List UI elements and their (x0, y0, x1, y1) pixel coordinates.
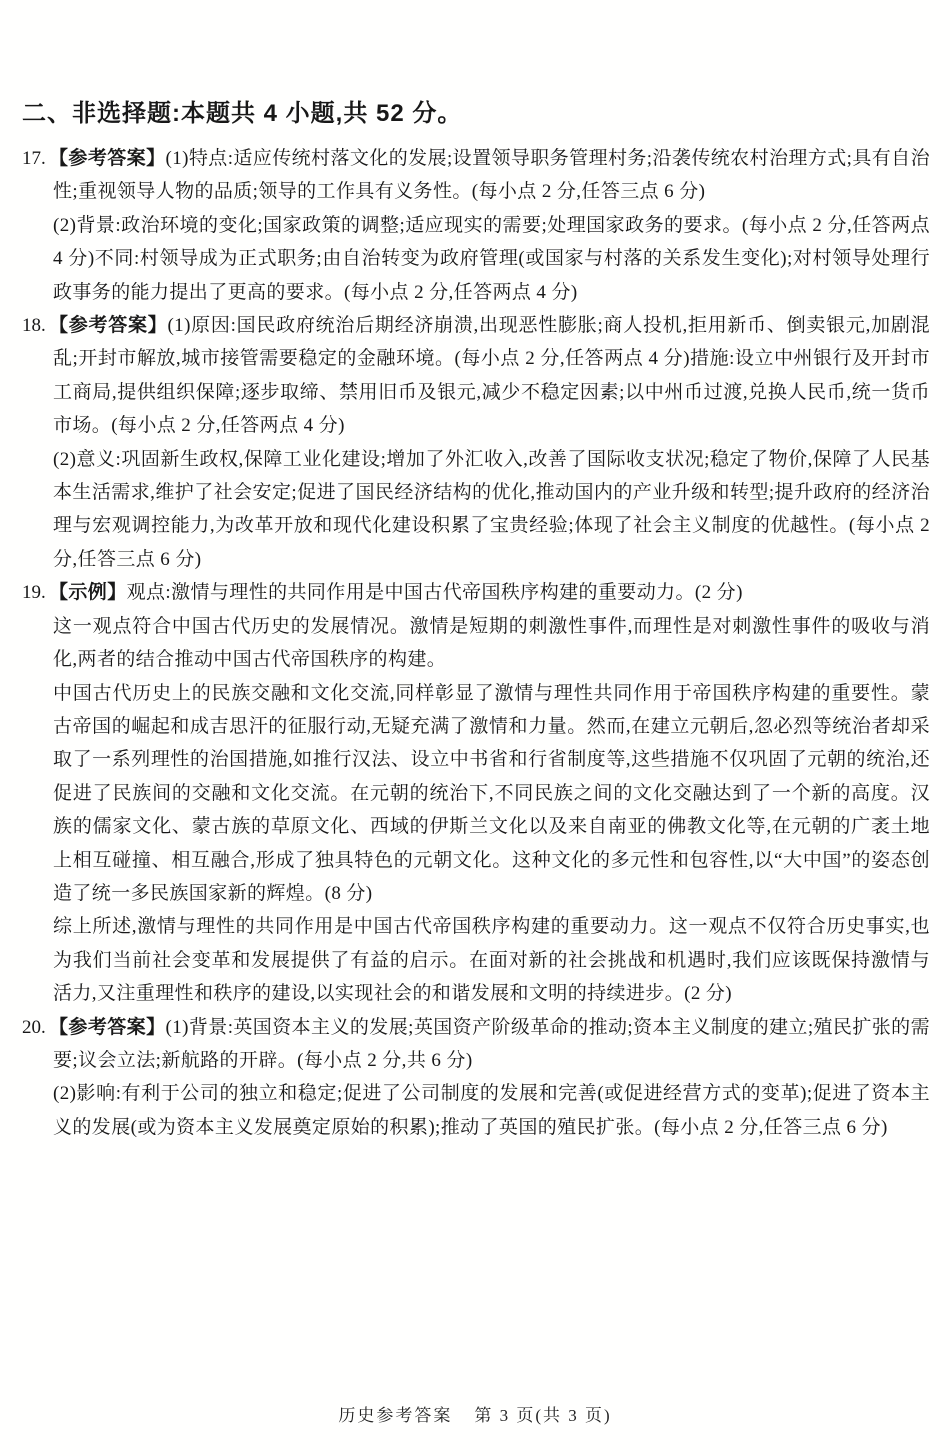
answer-text: (1)原因:国民政府统治后期经济崩溃,出现恶性膨胀;商人投机,拒用新币、倒卖银元… (53, 315, 930, 436)
answer-label: 【参考答案】 (49, 148, 166, 169)
answer-text: (1)特点:适应传统村落文化的发展;设置领导职务管理村务;沿袭传统农村治理方式;… (53, 148, 930, 202)
answer-text: 观点:激情与理性的共同作用是中国古代帝国秩序构建的重要动力。(2 分) (127, 582, 743, 603)
answer-paragraph: 中国古代历史上的民族交融和文化交流,同样彰显了激情与理性共同作用于帝国秩序构建的… (53, 677, 930, 911)
question-number: 19. (22, 576, 46, 609)
answer-paragraph: 【示例】观点:激情与理性的共同作用是中国古代帝国秩序构建的重要动力。(2 分) (53, 576, 930, 609)
answer-sheet-page: 二、非选择题:本题共 4 小题,共 52 分。 17. 【参考答案】(1)特点:… (0, 0, 950, 1456)
answer-paragraph: 【参考答案】(1)背景:英国资本主义的发展;英国资产阶级革命的推动;资本主义制度… (53, 1011, 930, 1078)
question-number: 20. (22, 1011, 46, 1044)
answer-paragraph: 这一观点符合中国古代历史的发展情况。激情是短期的刺激性事件,而理性是对刺激性事件… (53, 610, 930, 677)
answer-label: 【参考答案】 (49, 1017, 166, 1038)
answer-paragraph: 综上所述,激情与理性的共同作用是中国古代帝国秩序构建的重要动力。这一观点不仅符合… (53, 910, 930, 1010)
answer-item-17: 17. 【参考答案】(1)特点:适应传统村落文化的发展;设置领导职务管理村务;沿… (22, 142, 930, 309)
question-number: 17. (22, 142, 46, 175)
answer-label: 【示例】 (49, 582, 127, 603)
footer-page-info: 第 3 页(共 3 页) (474, 1406, 611, 1425)
answer-label: 【参考答案】 (49, 315, 167, 336)
question-number: 18. (22, 309, 46, 342)
answer-text: (1)背景:英国资本主义的发展;英国资产阶级革命的推动;资本主义制度的建立;殖民… (53, 1017, 930, 1071)
answers-list: 17. 【参考答案】(1)特点:适应传统村落文化的发展;设置领导职务管理村务;沿… (22, 142, 930, 1144)
section-heading: 二、非选择题:本题共 4 小题,共 52 分。 (22, 99, 930, 129)
answer-item-18: 18. 【参考答案】(1)原因:国民政府统治后期经济崩溃,出现恶性膨胀;商人投机… (22, 309, 930, 576)
answer-paragraph: 【参考答案】(1)特点:适应传统村落文化的发展;设置领导职务管理村务;沿袭传统农… (53, 142, 930, 209)
answer-paragraph: (2)背景:政治环境的变化;国家政策的调整;适应现实的需要;处理国家政务的要求。… (53, 209, 930, 309)
answer-paragraph: (2)意义:巩固新生政权,保障工业化建设;增加了外汇收入,改善了国际收支状况;稳… (53, 443, 930, 577)
answer-item-20: 20. 【参考答案】(1)背景:英国资本主义的发展;英国资产阶级革命的推动;资本… (22, 1011, 930, 1145)
answer-paragraph: 【参考答案】(1)原因:国民政府统治后期经济崩溃,出现恶性膨胀;商人投机,拒用新… (53, 309, 930, 443)
page-footer: 历史参考答案第 3 页(共 3 页) (0, 1401, 950, 1426)
answer-item-19: 19. 【示例】观点:激情与理性的共同作用是中国古代帝国秩序构建的重要动力。(2… (22, 576, 930, 1010)
answer-paragraph: (2)影响:有利于公司的独立和稳定;促进了公司制度的发展和完善(或促进经营方式的… (53, 1077, 930, 1144)
footer-doc-title: 历史参考答案 (338, 1406, 452, 1425)
